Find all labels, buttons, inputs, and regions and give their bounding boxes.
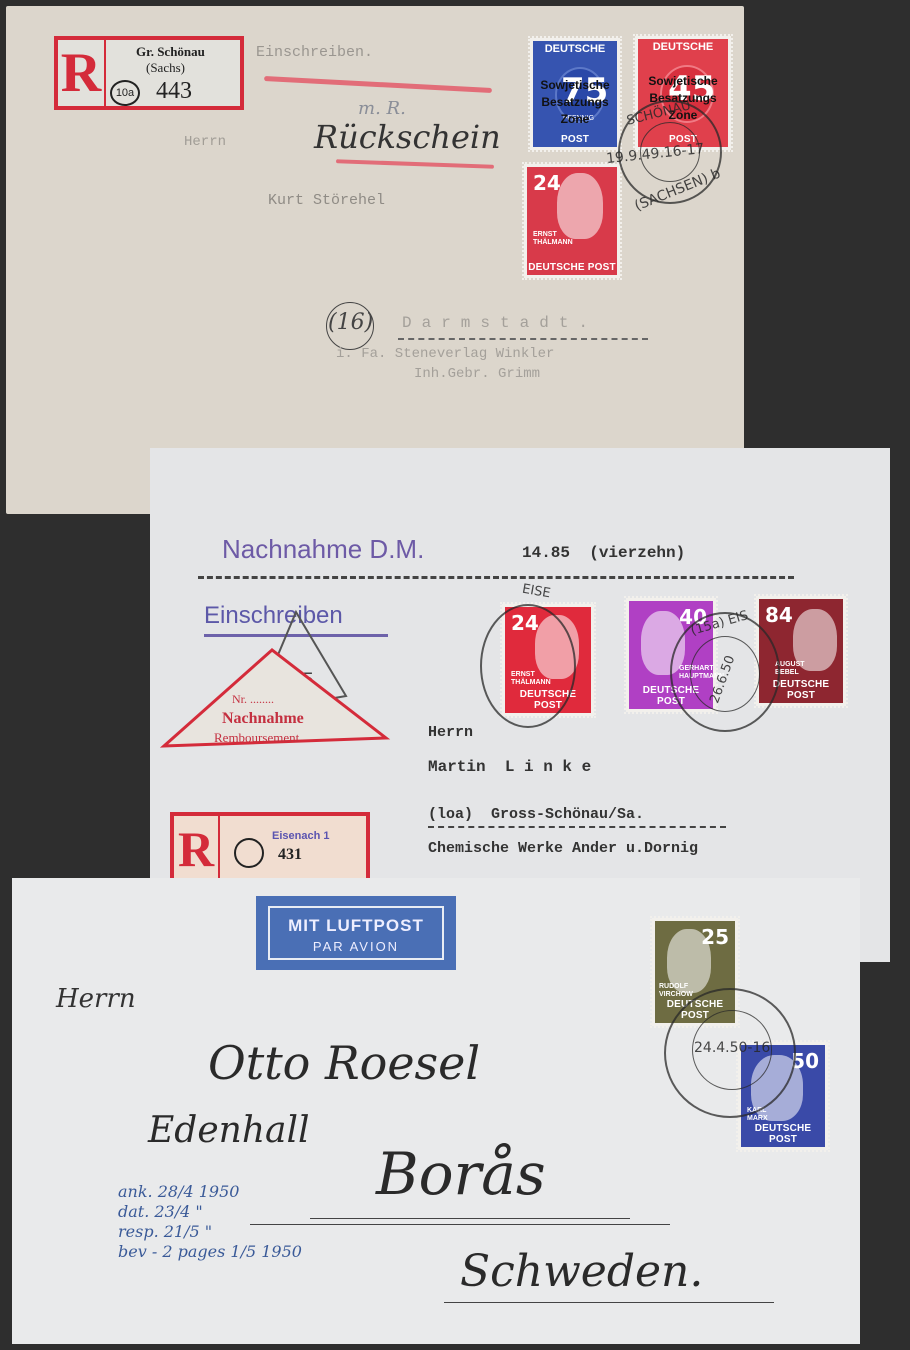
recipient-salutation: Herrn xyxy=(428,724,473,741)
address-line-1: i. Fa. Steneverlag Winkler xyxy=(336,346,554,362)
cod-label-nachnahme: Nachnahme xyxy=(222,710,304,728)
city-underline xyxy=(398,338,648,340)
city-underline-2 xyxy=(310,1218,630,1219)
registration-circle-code: 10a xyxy=(110,80,140,106)
cod-handstamp: Nachnahme D.M. xyxy=(222,534,424,565)
overprint: Sowjetische Besatzungs Zone xyxy=(533,77,617,128)
address-line-2: Inh.Gebr. Grimm xyxy=(414,366,540,382)
registration-office-line2: (Sachs) xyxy=(146,60,185,76)
recipient-name: Kurt Störehel xyxy=(268,192,385,209)
recipient-name: Martin L i n k e xyxy=(428,758,591,776)
country-underline xyxy=(444,1302,774,1303)
portrait xyxy=(557,173,603,239)
recipient-salutation: Herrn xyxy=(56,984,136,1014)
cod-label-remboursement: Remboursement xyxy=(214,730,299,746)
handwritten-mr: m. R. xyxy=(358,98,406,119)
stamp-24-thaelmann: 24 ERNSTTHÄLMANN DEUTSCHE POST xyxy=(524,164,620,278)
postmark-1-town: EISE xyxy=(521,582,552,602)
recipient-country: Schweden. xyxy=(460,1246,703,1297)
airmail-line-2: PAR AVION xyxy=(270,939,442,954)
postmark-date: 24.4.50-16 xyxy=(694,1040,770,1056)
recipient-salutation: Herrn xyxy=(184,134,226,150)
recipient-city: Borås xyxy=(376,1140,546,1208)
red-pencil-strike xyxy=(264,76,492,93)
registration-circle xyxy=(234,838,264,868)
postmark-1 xyxy=(480,604,576,728)
cover-1-envelope: R Gr. Schönau (Sachs) 10a 443 Einschreib… xyxy=(6,6,744,514)
pencil-note-2: dat. 23/4 " xyxy=(118,1202,203,1221)
registration-letter: R xyxy=(174,816,220,882)
dashed-divider xyxy=(198,576,794,579)
registration-number: 431 xyxy=(278,846,302,864)
cover-3-envelope: MIT LUFTPOST PAR AVION Herrn Otto Roesel… xyxy=(12,878,860,1344)
recipient-city: (loa) Gross-Schönau/Sa. xyxy=(428,806,644,823)
stamp-75-pfennig: DEUTSCHE 75 PFENNIG Sowjetische Besatzun… xyxy=(530,38,620,150)
pencil-note-3: resp. 21/5 " xyxy=(118,1222,212,1241)
recipient-name: Otto Roesel xyxy=(208,1036,480,1090)
registration-office: Eisenach 1 xyxy=(272,830,329,842)
airmail-label: MIT LUFTPOST PAR AVION xyxy=(256,896,456,970)
airmail-line-1: MIT LUFTPOST xyxy=(270,916,442,936)
recipient-street: Edenhall xyxy=(148,1110,310,1151)
city-underline xyxy=(250,1224,670,1225)
stamp-value: 24 xyxy=(533,171,561,195)
registration-office-line1: Gr. Schönau xyxy=(136,44,205,60)
registration-letter: R xyxy=(58,40,106,106)
pencil-note-1: ank. 28/4 1950 xyxy=(118,1182,239,1201)
registration-label: R Gr. Schönau (Sachs) 10a 443 xyxy=(54,36,244,110)
red-pencil-underline xyxy=(336,159,494,169)
pencil-note-4: bev - 2 pages 1/5 1950 xyxy=(118,1242,302,1261)
recipient-company: Chemische Werke Ander u.Dornig xyxy=(428,840,698,857)
city-underline xyxy=(428,826,726,828)
cod-amount: 14.85 (vierzehn) xyxy=(522,544,685,562)
cod-label-nr: Nr. ........ xyxy=(232,692,274,707)
registration-number: 443 xyxy=(156,78,192,105)
postal-zone: (16) xyxy=(328,310,373,335)
destination-city: Darmstadt. xyxy=(402,314,598,332)
stamp-value: 84 xyxy=(765,603,793,627)
typed-service-einschreiben: Einschreiben. xyxy=(256,44,373,61)
handwritten-rueckschein: Rückschein xyxy=(314,118,501,156)
registration-label: R Eisenach 1 431 xyxy=(170,812,370,886)
